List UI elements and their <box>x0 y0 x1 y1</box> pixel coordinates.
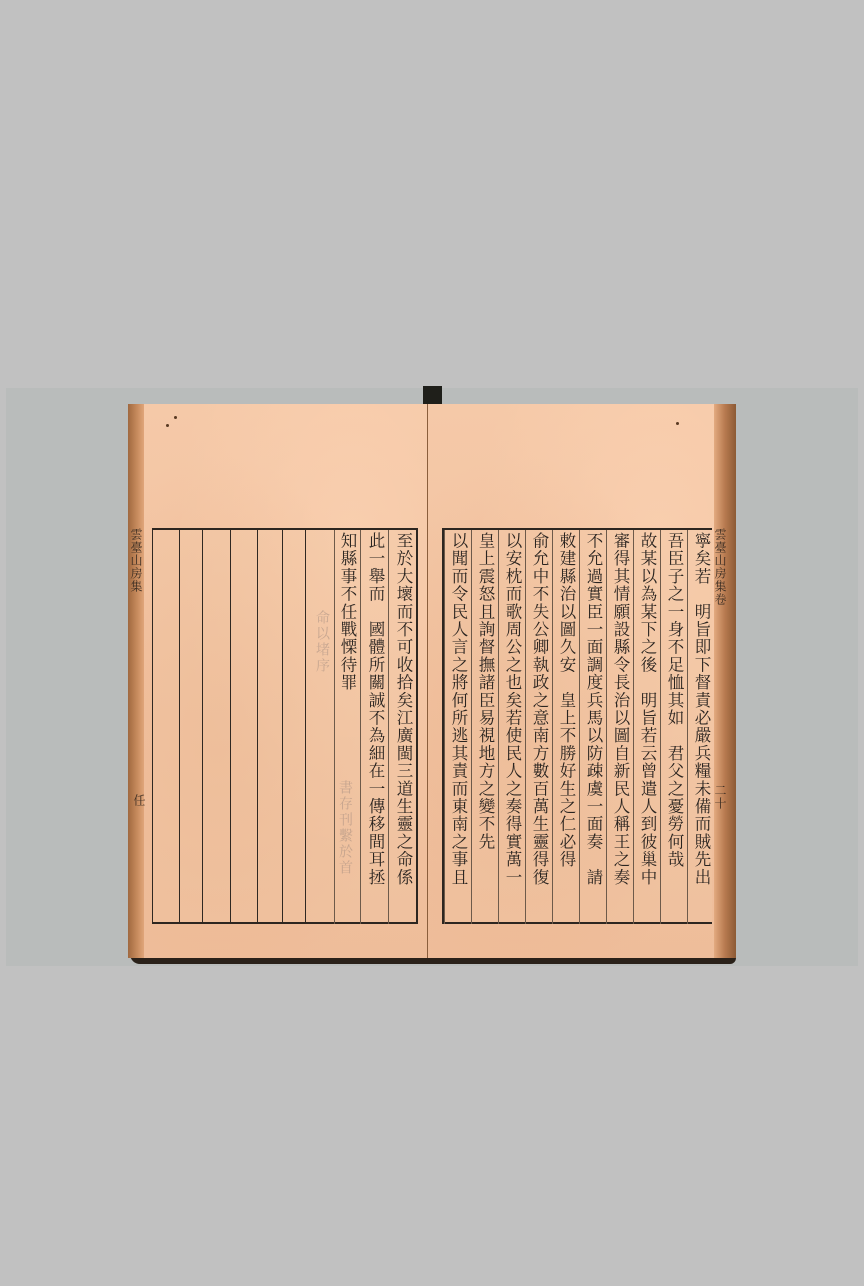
left-text-frame: 命以堵序 書存刊繫於首 知縣事不任戰慄待罪 此一舉而 國體所關誠不為細在一傳移間… <box>152 528 418 924</box>
text-column: 審得其情願設縣令長治以圖自新民人稱王之奏 <box>606 530 632 924</box>
column-rule <box>202 530 203 922</box>
left-page-fore-edge <box>128 404 144 958</box>
right-margin-title: 雲臺山房集卷 <box>712 528 729 606</box>
right-text-frame: 以聞而令民人言之將何所逃其責而東南之事且 皇上震怒且詢督撫諸臣易視地方之變不先 … <box>442 528 712 924</box>
right-margin-page-number: 二十 <box>712 784 729 810</box>
worm-hole <box>676 422 679 425</box>
text-column: 俞允中不失公卿執政之意南方數百萬生靈得復 <box>525 530 551 924</box>
text-column: 以安枕而歌周公之也矣若使民人之奏得實萬一 <box>498 530 524 924</box>
column-rule <box>257 530 258 922</box>
column-rule <box>282 530 283 922</box>
text-column: 以聞而令民人言之將何所逃其責而東南之事且 <box>444 530 470 924</box>
left-margin-title: 雲臺山房集 <box>128 528 145 593</box>
column-rule <box>230 530 231 922</box>
text-column: 至於大壞而不可收拾矣江廣閩三道生靈之命係 <box>388 530 415 924</box>
left-margin-section: 任 <box>131 794 148 807</box>
text-column: 寧矣若 明旨即下督責必嚴兵糧未備而賊先出 <box>687 530 713 924</box>
worm-hole <box>166 424 169 427</box>
right-page: 雲臺山房集卷 二十 以聞而令民人言之將何所逃其責而東南之事且 皇上震怒且詢督撫諸… <box>428 404 736 958</box>
column-rule <box>305 530 306 922</box>
text-column: 吾臣子之一身不足恤其如 君父之憂勞何哉 <box>660 530 686 924</box>
text-column: 敕建縣治以圖久安 皇上不勝好生之仁必得 <box>552 530 578 924</box>
bleed-through-text: 命以堵序 <box>312 610 332 674</box>
left-page: 雲臺山房集 任 命以堵序 書存刊繫於首 知縣事不任戰慄待罪 此一舉而 國體所關誠… <box>128 404 428 958</box>
text-column: 此一舉而 國體所關誠不為細在一傳移間耳拯 <box>360 530 387 924</box>
text-column: 故某以為某下之後 明旨若云曾遣人到彼巢中 <box>633 530 659 924</box>
text-column: 知縣事不任戰慄待罪 <box>334 530 359 924</box>
worm-hole <box>174 416 177 419</box>
right-page-fore-edge <box>714 404 736 958</box>
column-rule <box>152 530 153 922</box>
column-rule <box>179 530 180 922</box>
text-column: 不允過實臣一面調度兵馬以防疎虞一面奏 請 <box>579 530 605 924</box>
text-column: 皇上震怒且詢督撫諸臣易視地方之變不先 <box>471 530 497 924</box>
